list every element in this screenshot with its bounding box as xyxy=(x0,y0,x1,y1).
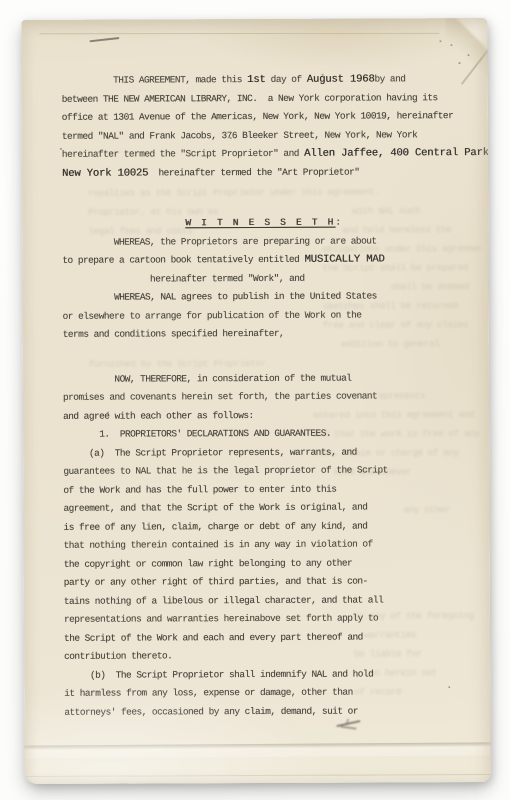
paper-speck xyxy=(322,74,324,76)
contract-line-segment: (b) The Script Proprietor shall indemnif… xyxy=(64,668,373,680)
contract-line-segment: between THE NEW AMERICAN LIBRARY, INC. a… xyxy=(62,92,438,105)
contract-line: tains nothing of a libelous or illegal c… xyxy=(64,590,491,611)
ink-smudge xyxy=(336,719,362,733)
contract-line-segment: hereinafter termed "Work", and xyxy=(62,272,304,284)
paper-speck xyxy=(448,686,450,688)
contract-line: of the Work and has the full power to en… xyxy=(63,479,490,500)
contract-line-segment: contribution thereto. xyxy=(64,650,172,661)
contract-line-segment: that nothing therein contained is in any… xyxy=(64,538,373,550)
staple-mark xyxy=(89,37,119,42)
contract-line: and agree with each other as follows: xyxy=(63,405,491,426)
contract-line: or elsewhere to arrange for publication … xyxy=(63,305,491,326)
contract-line: between THE NEW AMERICAN LIBRARY, INC. a… xyxy=(62,88,491,109)
contract-line: WHEREAS, the Proprietors are preparing o… xyxy=(62,231,490,252)
contract-line: (b) The Script Proprietor shall indemnif… xyxy=(64,664,491,685)
paper-speck xyxy=(467,54,469,56)
contract-line: is free of any lien, claim, charge or de… xyxy=(64,516,491,537)
contract-line: THIS AGREEMENT, made this 1st day of Aug… xyxy=(62,69,491,90)
contract-line: guarantees to NAL that he is the legal p… xyxy=(63,460,490,481)
contract-line-segment: W I T N E S S E T H xyxy=(185,217,335,229)
contract-line: New York 10025 hereinafter termed the "A… xyxy=(62,162,491,183)
contract-line: promises and covenants herein set forth,… xyxy=(63,386,491,407)
contract-line: hereinafter termed "Work", and xyxy=(62,268,490,289)
contract-line-segment: guarantees to NAL that he is the legal p… xyxy=(63,464,388,476)
contract-line-segment: attorneys' fees, occasioned by any claim… xyxy=(64,705,358,717)
contract-line-segment: or elsewhere to arrange for publication … xyxy=(63,309,362,321)
paper-speck xyxy=(439,40,441,42)
contract-line-segment: promises and covenants herein set forth,… xyxy=(63,390,377,402)
contract-line-segment: terms and conditions specified hereinaft… xyxy=(63,328,285,340)
contract-line-segment: August 1968 xyxy=(307,73,375,85)
contract-line: W I T N E S S E T H: xyxy=(62,212,490,233)
contract-line: attorneys' fees, occasioned by any claim… xyxy=(64,701,490,722)
contract-line: office at 1301 Avenue of the Americas, N… xyxy=(62,106,491,127)
contract-line-segment: the copyright or common law right belong… xyxy=(64,557,352,569)
contract-line-segment: of the Work and has the full power to en… xyxy=(63,483,336,495)
speck-layer xyxy=(21,18,487,20)
contract-line-segment: termed "NAL" and Frank Jacobs, 376 Bleek… xyxy=(62,129,417,142)
contract-line-segment: hereinafter termed the "Script Proprieto… xyxy=(62,148,304,160)
contract-line-segment: WHEREAS, NAL agrees to publish in the Un… xyxy=(63,290,377,302)
document-page: royalties as the Script Proprietor under… xyxy=(21,18,490,784)
line-gap xyxy=(63,342,491,370)
contract-line-segment: day of xyxy=(265,74,306,85)
contract-line-segment: it harmless from any loss, expense or da… xyxy=(64,687,352,699)
contract-line: terms and conditions specified hereinaft… xyxy=(63,323,491,344)
contract-text: THIS AGREEMENT, made this 1st day of Aug… xyxy=(62,69,491,721)
contract-line: that nothing therein contained is in any… xyxy=(64,534,491,555)
contract-line-segment: New York 10025 xyxy=(62,167,148,179)
contract-line: it harmless from any loss, expense or da… xyxy=(64,682,490,703)
contract-line-segment: and agree with each other as follows: xyxy=(63,410,254,422)
contract-line: hereinafter termed the "Script Proprieto… xyxy=(62,143,491,164)
contract-line-segment: tains nothing of a libelous or illegal c… xyxy=(64,594,383,606)
contract-line-segment: the Script of the Work and each and ever… xyxy=(64,631,363,643)
contract-line: contribution thereto. xyxy=(64,645,491,666)
contract-line-segment: 1. PROPRIETORS' DECLARATIONS AND GUARANT… xyxy=(63,428,331,440)
contract-line-segment: THIS AGREEMENT, made this xyxy=(62,74,247,86)
contract-line: WHEREAS, NAL agrees to publish in the Un… xyxy=(63,286,491,307)
scan-background: royalties as the Script Proprietor under… xyxy=(0,0,510,800)
contract-line-segment: (a) The Script Proprietor represents, wa… xyxy=(63,446,357,458)
contract-line: the Script of the Work and each and ever… xyxy=(64,627,491,648)
contract-line-segment: by and xyxy=(374,73,405,84)
paper-speck xyxy=(459,62,461,64)
fold-crease-faint xyxy=(25,774,491,777)
contract-line-segment: MUSICALLY MAD xyxy=(304,253,384,265)
fold-crease xyxy=(24,742,490,758)
contract-line-segment: office at 1301 Avenue of the Americas, N… xyxy=(62,110,454,123)
contract-line-segment: Allen Jaffee, 400 Central Park Wes xyxy=(304,147,491,160)
contract-line-segment: 1st xyxy=(247,74,266,86)
contract-line-segment: hereinafter termed the "Art Proprietor" xyxy=(148,166,359,178)
contract-line-segment: party or any other right of third partie… xyxy=(64,576,368,588)
line-gap xyxy=(62,180,491,214)
contract-line: agreement, and that the Script of the Wo… xyxy=(63,497,490,518)
bleedthrough-layer: royalties as the Script Proprietor under… xyxy=(21,18,487,20)
paper-speck xyxy=(142,257,144,259)
contract-line: NOW, THEREFORE, in consideration of the … xyxy=(63,368,491,389)
contract-line-segment: to prepare a cartoon book tentatively en… xyxy=(62,254,304,266)
contract-line: representations and warranties hereinabo… xyxy=(64,608,491,629)
paper-speck xyxy=(450,44,452,46)
paper-speck xyxy=(107,412,109,414)
paper-speck xyxy=(60,148,62,150)
contract-line: party or any other right of third partie… xyxy=(64,571,491,592)
contract-line: the copyright or common law right belong… xyxy=(64,553,491,574)
contract-line-segment: WHEREAS, the Proprietors are preparing o… xyxy=(62,235,376,247)
paper-speck xyxy=(230,137,232,139)
contract-line-segment: NOW, THEREFORE, in consideration of the … xyxy=(63,372,351,384)
contract-line-segment: representations and warranties hereinabo… xyxy=(64,612,378,624)
contract-line-segment: is free of any lien, claim, charge or de… xyxy=(64,520,368,532)
contract-line: (a) The Script Proprietor represents, wa… xyxy=(63,442,490,463)
contract-line: 1. PROPRIETORS' DECLARATIONS AND GUARANT… xyxy=(63,423,491,444)
contract-line-segment: agreement, and that the Script of the Wo… xyxy=(63,502,367,514)
crease-line xyxy=(39,33,439,34)
contract-line: termed "NAL" and Frank Jacobs, 376 Bleek… xyxy=(62,125,491,146)
contract-line: to prepare a cartoon book tentatively en… xyxy=(62,249,490,270)
contract-line-segment: : xyxy=(335,217,340,228)
